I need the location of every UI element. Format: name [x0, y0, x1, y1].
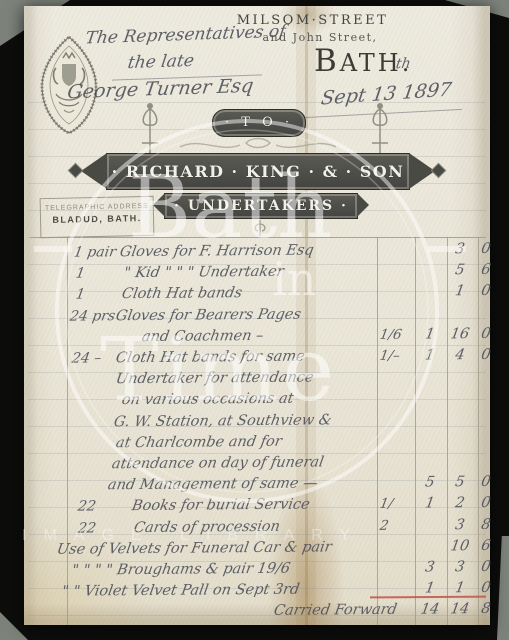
- ledger-item: on various occasions at: [121, 391, 295, 409]
- ledger-item: and Management of same —: [107, 476, 319, 494]
- ledger-pounds: 5: [415, 475, 446, 491]
- ledger-item: at Charlcombe and for: [115, 434, 283, 451]
- ledger-item: " " " " Broughams & pair 19/6: [71, 561, 292, 579]
- ledger-unit: 1/: [379, 496, 395, 512]
- ledger-qty: 22: [77, 520, 98, 536]
- ledger-item: Undertaker for attendance: [115, 370, 315, 388]
- ledger-item: attendance on day of funeral: [111, 454, 325, 472]
- ledger-pence: 0: [472, 283, 501, 299]
- ledger-qty: 24 prs: [69, 308, 117, 324]
- ledger-pounds: 14: [415, 602, 446, 618]
- ledger-pence: 6: [472, 538, 501, 554]
- ledger-item: " Kid " " " Undertaker: [123, 264, 285, 281]
- ledger-pence: 0: [472, 326, 501, 342]
- ledger-pence: 0: [472, 241, 501, 257]
- ledger-qty: 24 –: [71, 350, 103, 366]
- ledger-item: Gloves for Bearers Pages: [115, 306, 303, 324]
- ledger-pence: 8: [472, 601, 501, 617]
- ledger-item: Cards of procession: [133, 518, 282, 535]
- ledger-item: Use of Velvets for Funeral Car & pair: [56, 539, 333, 557]
- ledger-item: Books for burial Service: [131, 497, 311, 515]
- ledger-pounds: 1: [415, 326, 446, 342]
- ledger-pounds: 1: [415, 581, 446, 597]
- ledger-item: Cloth Hat bands for same: [115, 349, 306, 367]
- ledger-pence: 0: [472, 347, 501, 363]
- ledger-item: and Coachmen –: [141, 328, 265, 345]
- ledger-item: Carried Forward: [273, 602, 399, 619]
- ledger-qty: 22: [77, 499, 98, 515]
- ledger-pence: 0: [472, 474, 501, 490]
- ledger-pence: 0: [472, 495, 501, 511]
- ledger-unit: 2: [379, 517, 390, 533]
- ledger-qty: 1: [75, 287, 87, 303]
- ledger-rows: 1 pairGloves for F. Harrison Esq301" Kid…: [24, 6, 490, 625]
- ledger-pence: 0: [472, 559, 501, 575]
- ledger-unit: 1/6: [379, 327, 403, 343]
- ledger-item: Gloves for F. Harrison Esq: [119, 242, 315, 260]
- photograph-of-invoice: MILSOM·STREET · and John Street, BATH. t…: [0, 0, 509, 640]
- ledger-pounds: 3: [415, 559, 446, 575]
- ledger-pence: 8: [472, 516, 501, 532]
- invoice-paper: MILSOM·STREET · and John Street, BATH. t…: [24, 6, 490, 625]
- ledger-pence: 6: [472, 262, 501, 278]
- ledger-qty: 1 pair: [73, 244, 118, 260]
- ledger-item: G. W. Station, at Southview &: [113, 412, 333, 430]
- ledger-item: " " Violet Velvet Pall on Sept 3rd: [61, 582, 301, 600]
- ledger-item: Cloth Hat bands: [121, 286, 244, 303]
- ledger-row: Carried Forward14148: [24, 601, 490, 627]
- ledger-pounds: 1: [415, 347, 446, 363]
- ledger-pounds: 1: [415, 496, 446, 512]
- ledger-unit: 1/–: [379, 348, 402, 364]
- ledger-qty: 1: [75, 266, 87, 282]
- ledger-pence: 0: [472, 580, 501, 596]
